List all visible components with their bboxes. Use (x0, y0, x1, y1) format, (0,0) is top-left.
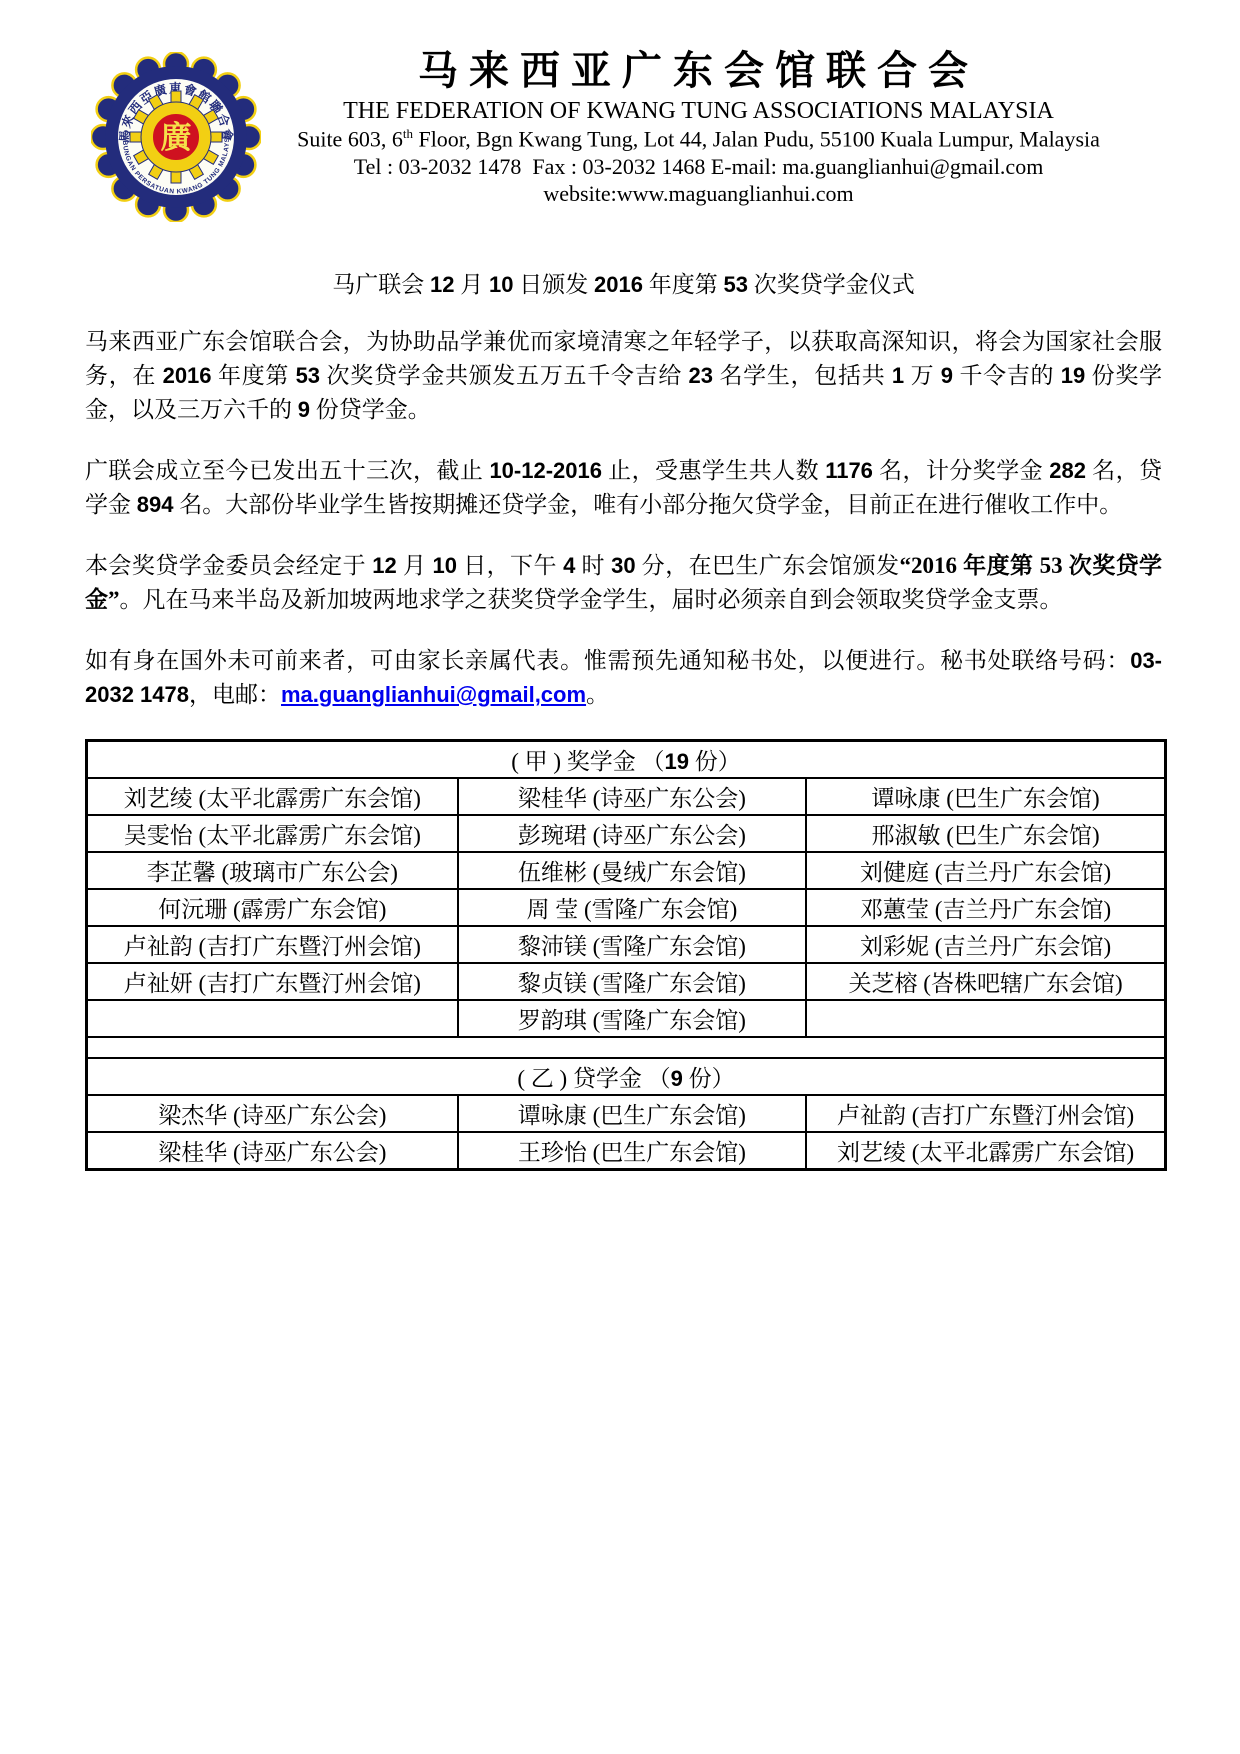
recipient-cell: 罗韵琪 (雪隆广东会馆) (458, 1000, 807, 1037)
address-pre: Suite 603, 6 (297, 127, 403, 152)
recipient-cell: 何沅珊 (霹雳广东会馆) (87, 889, 458, 926)
text-segment: 止，受惠学生共人数 (602, 458, 825, 483)
text-segment: 年度第 (212, 363, 296, 388)
spacer-cell (87, 1037, 1166, 1058)
table-row: 何沅珊 (霹雳广东会馆)周 莹 (雪隆广东会馆)邓蕙莹 (吉兰丹广东会馆) (87, 889, 1166, 926)
page-content: 馬來西亞廣東會館聯合會 GABUNGAN PERSATUAN KWANG TUN… (0, 0, 1240, 1171)
text-segment: 分，在巴生广东会馆颁发 (636, 553, 900, 578)
text-segment: 名，计分奖学金 (873, 458, 1049, 483)
letterhead-text: 马来西亚广东会馆联合会 THE FEDERATION OF KWANG TUNG… (235, 46, 1162, 207)
text-segment: 名学生，包括共 (713, 363, 892, 388)
table-spacer-row (87, 1037, 1166, 1058)
text-segment: ，电邮： (189, 682, 281, 707)
text-segment: 月 (397, 553, 433, 578)
section-b-title: ( 乙 ) 贷学金 （9 份） (87, 1058, 1166, 1095)
association-logo: 馬來西亞廣東會館聯合會 GABUNGAN PERSATUAN KWANG TUN… (91, 52, 261, 222)
address-ordinal-sup: th (403, 126, 413, 141)
table-row: 卢祉妍 (吉打广东暨汀州会馆)黎贞镁 (雪隆广东会馆)关芝榕 (峇株吧辖广东会馆… (87, 963, 1166, 1000)
recipients-table: ( 甲 ) 奖学金 （19 份） 刘艺绫 (太平北霹雳广东会馆)梁桂华 (诗巫广… (85, 739, 1167, 1171)
section-a-header-row: ( 甲 ) 奖学金 （19 份） (87, 741, 1166, 779)
org-name-zh: 马来西亚广东会馆联合会 (235, 46, 1162, 94)
address-post: Floor, Bgn Kwang Tung, Lot 44, Jalan Pud… (413, 127, 1100, 152)
recipient-cell: 梁杰华 (诗巫广东公会) (87, 1095, 458, 1132)
text-segment: 30 (611, 553, 635, 578)
text-segment: 次奖贷学金仪式 (748, 272, 915, 297)
text-segment: 。 (586, 682, 609, 707)
paragraph-intro: 马来西亚广东会馆联合会，为协助品学兼优而家境清寒之年轻学子，以获取高深知识，将会… (85, 325, 1162, 427)
text-segment: 次奖贷学金共颁发五万五千令吉给 (320, 363, 688, 388)
text-segment: 名。大部份毕业学生皆按期摊还贷学金，唯有小部分拖欠贷学金，目前正在进行催收工作中… (173, 492, 1122, 517)
text-segment: 千令吉的 (953, 363, 1061, 388)
recipient-cell: 刘艺绫 (太平北霹雳广东会馆) (806, 1132, 1165, 1170)
text-segment: 日，下午 (457, 553, 563, 578)
paragraph-contact: 如有身在国外未可前来者，可由家长亲属代表。惟需预先通知秘书处，以便进行。秘书处联… (85, 644, 1162, 712)
section-a-title: ( 甲 ) 奖学金 （19 份） (87, 741, 1166, 779)
text-segment: 。凡在马来半岛及新加坡两地求学之获奖贷学金学生，届时必须亲自到会领取奖贷学金支票… (120, 587, 1063, 612)
text-segment: 万 (904, 363, 941, 388)
text-segment: 53 (296, 363, 320, 388)
text-segment: 9 (671, 1066, 683, 1091)
recipient-cell (806, 1000, 1165, 1037)
text-segment: 894 (137, 492, 174, 517)
text-segment: 时 (575, 553, 611, 578)
text-segment: 12 (372, 553, 396, 578)
text-segment: 9 (941, 363, 953, 388)
text-segment: 2016 (594, 272, 643, 297)
email-link[interactable]: ma.guanglianhui@gmail,com (281, 682, 586, 707)
org-contact-line: Tel : 03-2032 1478 Fax : 03-2032 1468 E-… (235, 153, 1162, 181)
recipient-cell: 梁桂华 (诗巫广东公会) (87, 1132, 458, 1170)
text-segment: 9 (298, 397, 310, 422)
document-page: 馬來西亞廣東會館聯合會 GABUNGAN PERSATUAN KWANG TUN… (0, 0, 1240, 1754)
table-row: 卢祉韵 (吉打广东暨汀州会馆)黎沛镁 (雪隆广东会馆)刘彩妮 (吉兰丹广东会馆) (87, 926, 1166, 963)
text-segment: 份） (689, 749, 741, 774)
recipient-cell: 刘艺绫 (太平北霹雳广东会馆) (87, 778, 458, 815)
recipient-cell: 黎贞镁 (雪隆广东会馆) (458, 963, 807, 1000)
text-segment: 1176 (825, 458, 873, 483)
recipient-cell: 梁桂华 (诗巫广东公会) (458, 778, 807, 815)
text-segment: 4 (563, 553, 575, 578)
text-segment: 月 (455, 272, 490, 297)
recipient-cell: 谭咏康 (巴生广东会馆) (806, 778, 1165, 815)
text-segment: 53 (723, 272, 747, 297)
recipient-cell: 关芝榕 (峇株吧辖广东会馆) (806, 963, 1165, 1000)
recipient-cell: 黎沛镁 (雪隆广东会馆) (458, 926, 807, 963)
text-segment: 份贷学金。 (310, 397, 431, 422)
section-b-header-row: ( 乙 ) 贷学金 （9 份） (87, 1058, 1166, 1095)
table-row: 梁桂华 (诗巫广东公会)王珍怡 (巴生广东会馆)刘艺绫 (太平北霹雳广东会馆) (87, 1132, 1166, 1170)
text-segment: ( 乙 ) 贷学金 （ (517, 1066, 670, 1091)
text-segment: 马广联会 (332, 272, 430, 297)
recipient-cell: 卢祉韵 (吉打广东暨汀州会馆) (806, 1095, 1165, 1132)
text-segment: 282 (1049, 458, 1086, 483)
paragraph-ceremony: 本会奖贷学金委员会经定于 12 月 10 日，下午 4 时 30 分，在巴生广东… (85, 549, 1162, 617)
text-segment: 年度第 (643, 272, 724, 297)
section-a-rows: 刘艺绫 (太平北霹雳广东会馆)梁桂华 (诗巫广东公会)谭咏康 (巴生广东会馆)吴… (87, 778, 1166, 1037)
text-segment: 日颁发 (514, 272, 595, 297)
org-website-line: website:www.maguanglianhui.com (235, 181, 1162, 207)
paragraph-history: 广联会成立至今已发出五十三次，截止 10-12-2016 止，受惠学生共人数 1… (85, 454, 1162, 522)
recipient-cell: 邢淑敏 (巴生广东会馆) (806, 815, 1165, 852)
table-row: 李芷馨 (玻璃市广东公会)伍维彬 (曼绒广东会馆)刘健庭 (吉兰丹广东会馆) (87, 852, 1166, 889)
recipient-cell (87, 1000, 458, 1037)
recipient-cell: 周 莹 (雪隆广东会馆) (458, 889, 807, 926)
recipient-cell: 刘彩妮 (吉兰丹广东会馆) (806, 926, 1165, 963)
recipient-cell: 谭咏康 (巴生广东会馆) (458, 1095, 807, 1132)
org-address: Suite 603, 6th Floor, Bgn Kwang Tung, Lo… (235, 126, 1162, 153)
table-row: 罗韵琪 (雪隆广东会馆) (87, 1000, 1166, 1037)
logo-center-char: 廣 (161, 120, 194, 156)
section-b-rows: 梁杰华 (诗巫广东公会)谭咏康 (巴生广东会馆)卢祉韵 (吉打广东暨汀州会馆)梁… (87, 1095, 1166, 1170)
recipient-cell: 卢祉妍 (吉打广东暨汀州会馆) (87, 963, 458, 1000)
table-row: 梁杰华 (诗巫广东公会)谭咏康 (巴生广东会馆)卢祉韵 (吉打广东暨汀州会馆) (87, 1095, 1166, 1132)
recipient-cell: 彭琬珺 (诗巫广东公会) (458, 815, 807, 852)
recipient-cell: 王珍怡 (巴生广东会馆) (458, 1132, 807, 1170)
text-segment: 份） (683, 1066, 735, 1091)
text-segment: ( 甲 ) 奖学金 （ (511, 749, 664, 774)
text-segment: 19 (665, 749, 689, 774)
org-name-en: THE FEDERATION OF KWANG TUNG ASSOCIATION… (235, 97, 1162, 126)
text-segment: 19 (1061, 363, 1085, 388)
text-segment: 12 (430, 272, 454, 297)
text-segment: 10 (433, 553, 457, 578)
recipient-cell: 邓蕙莹 (吉兰丹广东会馆) (806, 889, 1165, 926)
recipient-cell: 刘健庭 (吉兰丹广东会馆) (806, 852, 1165, 889)
text-segment: 广联会成立至今已发出五十三次，截止 (85, 458, 489, 483)
text-segment: 23 (689, 363, 713, 388)
table-row: 吴雯怡 (太平北霹雳广东会馆)彭琬珺 (诗巫广东公会)邢淑敏 (巴生广东会馆) (87, 815, 1166, 852)
recipient-cell: 伍维彬 (曼绒广东会馆) (458, 852, 807, 889)
letterhead: 馬來西亞廣東會館聯合會 GABUNGAN PERSATUAN KWANG TUN… (85, 46, 1162, 236)
text-segment: 2016 (163, 363, 212, 388)
table-row: 刘艺绫 (太平北霹雳广东会馆)梁桂华 (诗巫广东公会)谭咏康 (巴生广东会馆) (87, 778, 1166, 815)
recipient-cell: 李芷馨 (玻璃市广东公会) (87, 852, 458, 889)
text-segment: 10-12-2016 (489, 458, 602, 483)
recipient-cell: 卢祉韵 (吉打广东暨汀州会馆) (87, 926, 458, 963)
text-segment: 1 (892, 363, 904, 388)
text-segment: 如有身在国外未可前来者，可由家长亲属代表。惟需预先通知秘书处，以便进行。秘书处联… (85, 648, 1130, 673)
text-segment: 10 (489, 272, 513, 297)
document-title: 马广联会 12 月 10 日颁发 2016 年度第 53 次奖贷学金仪式 (85, 266, 1162, 299)
text-segment: 本会奖贷学金委员会经定于 (85, 553, 372, 578)
recipient-cell: 吴雯怡 (太平北霹雳广东会馆) (87, 815, 458, 852)
